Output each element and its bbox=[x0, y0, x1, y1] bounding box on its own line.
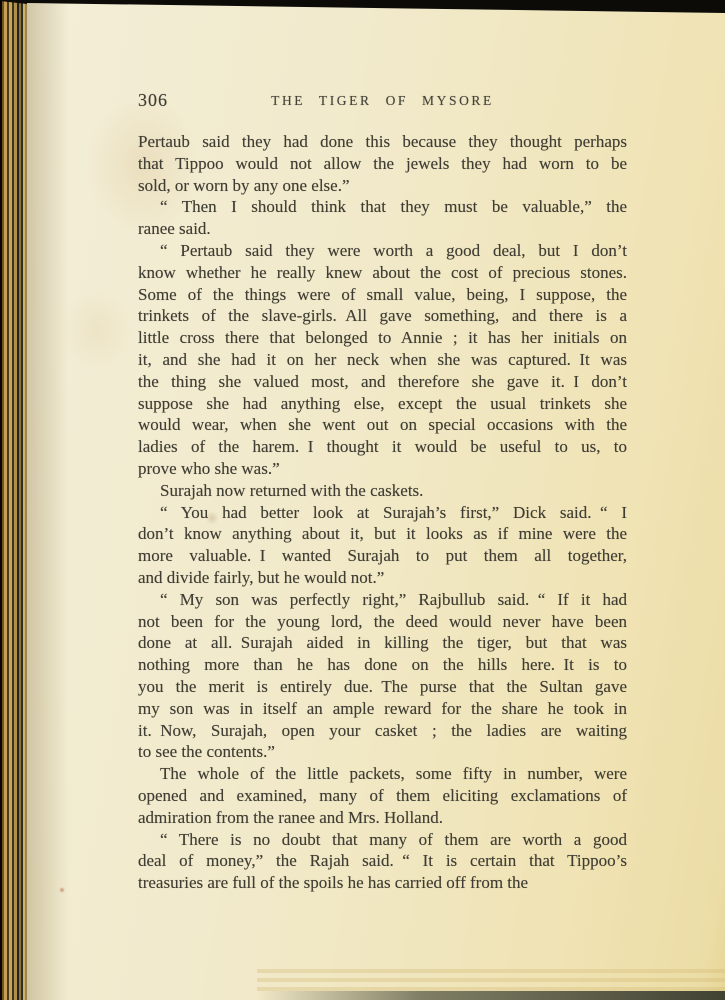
text-line: you the merit is entirely due. The purse… bbox=[138, 676, 627, 698]
paragraph: “ My son was perfectly right,” Rajbullub… bbox=[138, 589, 627, 763]
text-line: “ You had better look at Surajah’s first… bbox=[138, 502, 627, 524]
text-line: admiration from the ranee and Mrs. Holla… bbox=[138, 807, 627, 829]
text-line: more valuable. I wanted Surajah to put t… bbox=[138, 545, 627, 567]
text-line: prove who she was.” bbox=[138, 458, 627, 480]
book-cover-edge-bottom bbox=[257, 991, 725, 1000]
text-line: not been for the young lord, the deed wo… bbox=[138, 611, 627, 633]
text-line: sold, or worn by any one else.” bbox=[138, 175, 627, 197]
scanned-book-photo: 306 THE TIGER OF MYSORE Pertaub said the… bbox=[0, 0, 725, 1000]
text-line: Some of the things were of small value, … bbox=[138, 284, 627, 306]
text-line: the thing she valued most, and therefore… bbox=[138, 371, 627, 393]
text-line: my son was in itself an ample reward for… bbox=[138, 698, 627, 720]
book-page: 306 THE TIGER OF MYSORE Pertaub said the… bbox=[27, 0, 725, 1000]
text-line: know whether he really knew about the co… bbox=[138, 262, 627, 284]
page-number: 306 bbox=[138, 88, 168, 112]
paragraph: “ Then I should think that they must be … bbox=[138, 196, 627, 240]
text-line: ladies of the harem. I thought it would … bbox=[138, 436, 627, 458]
text-line: done at all. Surajah aided in killing th… bbox=[138, 632, 627, 654]
paragraph: The whole of the little packets, some fi… bbox=[138, 763, 627, 828]
text-line: treasuries are full of the spoils he has… bbox=[138, 872, 627, 894]
text-line: to see the contents.” bbox=[138, 741, 627, 763]
paragraph: “ You had better look at Surajah’s first… bbox=[138, 502, 627, 589]
text-line: don’t know anything about it, but it loo… bbox=[138, 523, 627, 545]
text-line: “ My son was perfectly right,” Rajbullub… bbox=[138, 589, 627, 611]
book-page-edges-bottom bbox=[257, 964, 725, 992]
text-line: Pertaub said they had done this because … bbox=[138, 131, 627, 153]
text-line: it. Now, Surajah, open your casket ; the… bbox=[138, 720, 627, 742]
paragraph: “ Pertaub said they were worth a good de… bbox=[138, 240, 627, 480]
text-line: “ Then I should think that they must be … bbox=[138, 196, 627, 218]
page-text: Pertaub said they had done this because … bbox=[138, 131, 627, 894]
text-line: and divide fairly, but he would not.” bbox=[138, 567, 627, 589]
text-line: would wear, when she went out on special… bbox=[138, 414, 627, 436]
text-line: trinkets of the slave-girls. All gave so… bbox=[138, 305, 627, 327]
text-line: Surajah now returned with the caskets. bbox=[138, 480, 627, 502]
paragraph: Surajah now returned with the caskets. bbox=[138, 480, 627, 502]
book-page-edges-left bbox=[0, 0, 27, 1000]
text-line: that Tippoo would not allow the jewels t… bbox=[138, 153, 627, 175]
page-header: 306 THE TIGER OF MYSORE bbox=[138, 88, 627, 112]
paragraph: Pertaub said they had done this because … bbox=[138, 131, 627, 196]
text-line: deal of money,” the Rajah said. “ It is … bbox=[138, 850, 627, 872]
text-line: suppose she had anything else, except th… bbox=[138, 393, 627, 415]
running-title: THE TIGER OF MYSORE bbox=[138, 88, 627, 113]
text-line: opened and examined, many of them elicit… bbox=[138, 785, 627, 807]
text-line: nothing more than he has done on the hil… bbox=[138, 654, 627, 676]
paragraph: “ There is no doubt that many of them ar… bbox=[138, 829, 627, 894]
text-line: ranee said. bbox=[138, 218, 627, 240]
text-line: “ Pertaub said they were worth a good de… bbox=[138, 240, 627, 262]
text-line: The whole of the little packets, some fi… bbox=[138, 763, 627, 785]
text-line: little cross there that belonged to Anni… bbox=[138, 327, 627, 349]
text-line: it, and she had it on her neck when she … bbox=[138, 349, 627, 371]
text-line: “ There is no doubt that many of them ar… bbox=[138, 829, 627, 851]
